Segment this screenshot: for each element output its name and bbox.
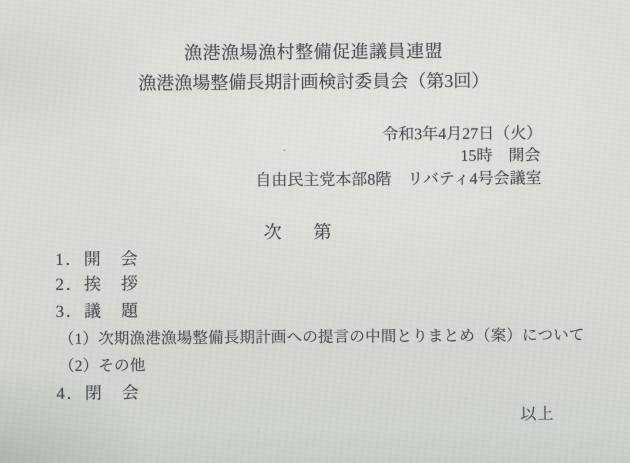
meeting-start-time: 15時 開会: [460, 148, 540, 165]
agenda-item-closing: 4．閉 会: [56, 384, 140, 402]
document-content: 漁港漁場漁村整備促進議員連盟 漁港漁場整備長期計画検討委員会（第3回） 令和3年…: [0, 0, 630, 463]
agenda-subitem-others: （2）その他: [59, 358, 146, 374]
meeting-date: 令和3年4月27日（火）: [382, 126, 542, 143]
agenda-item-greetings: 2．挨 拶: [55, 275, 139, 293]
agenda-item-opening: 1．開 会: [55, 250, 139, 268]
closing-mark: 以上: [520, 407, 554, 423]
paper-specks: [283, 149, 285, 151]
agenda-item-topics: 3．議 題: [56, 302, 140, 320]
document-subtitle: 漁港漁場整備長期計画検討委員会（第3回）: [0, 71, 629, 94]
document-photo: 漁港漁場漁村整備促進議員連盟 漁港漁場整備長期計画検討委員会（第3回） 令和3年…: [0, 0, 630, 463]
agenda-subitem-interim-summary: （1）次期漁港漁場整備長期計画への提言の中間とりまとめ（案）について: [59, 328, 585, 348]
document-title: 漁港漁場漁村整備促進議員連盟: [0, 41, 629, 64]
agenda-heading: 次 第: [0, 221, 602, 244]
meeting-venue: 自由民主党本部8階 リバティ4号会議室: [255, 171, 541, 189]
